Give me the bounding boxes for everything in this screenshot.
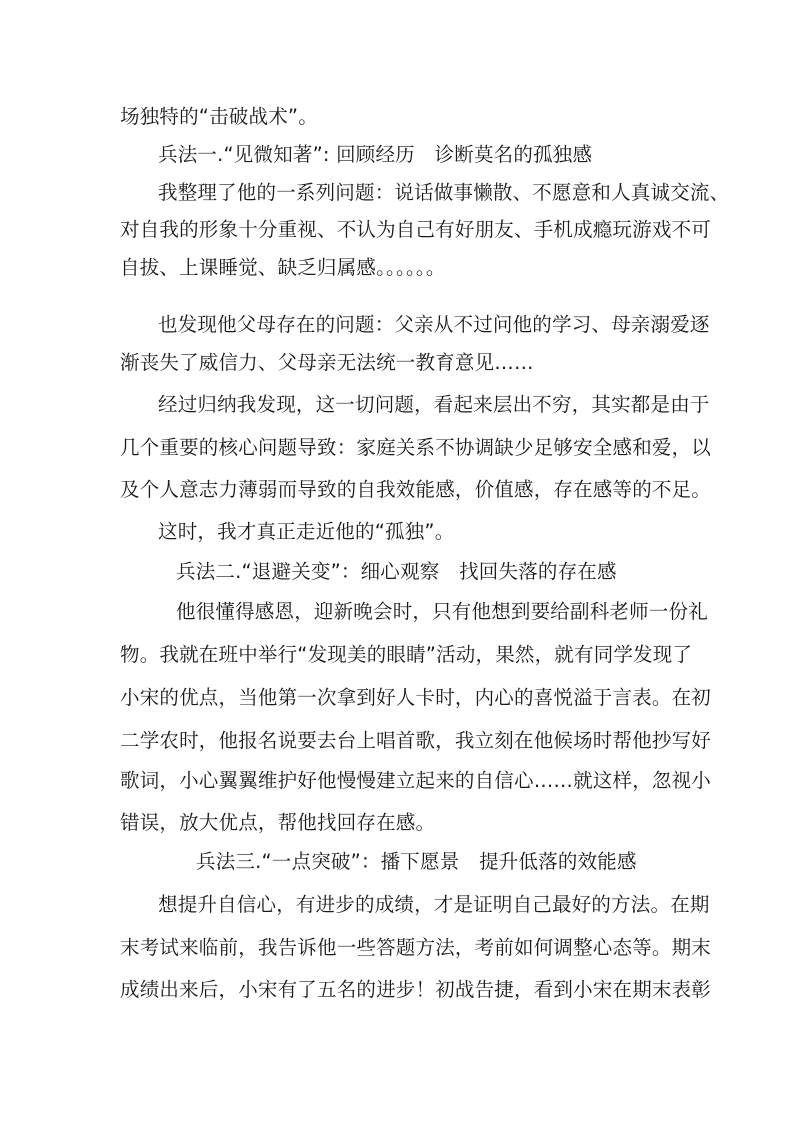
text-line-11: 这时，我才真正走近他的“孤独”。 [158,520,454,544]
text-line-4: 对自我的形象十分重视、不认为自己有好朋友、手机成瘾玩游戏不可 [120,218,711,242]
text-line-10: 及个人意志力薄弱而导致的自我效能感，价值感，存在感等的不足。 [120,478,711,502]
text-line-5: 自拔、上课睡觉、缺乏归属感。。。。。。 [120,256,446,280]
text-line-17: 歌词，小心翼翼维护好他慢慢建立起来的自信心……就这样，忽视小 [120,769,711,793]
text-line-22: 成绩出来后，小宋有了五名的进步！初战告捷，看到小宋在期末表彰 [120,978,711,1002]
text-line-20: 想提升自信心，有进步的成绩，才是证明自己最好的方法。在期 [158,893,710,917]
text-line-1: 场独特的“击破战术”。 [120,105,318,129]
text-line-21: 末考试来临前，我告诉他一些答题方法，考前如何调整心态等。期末 [120,936,711,960]
section-heading-1: 兵法一.“见微知著”: 回顾经历 诊断莫名的孤独感 [158,143,592,167]
section-heading-3: 兵法三.“一点突破”：播下愿景 提升低落的效能感 [196,850,637,874]
text-line-16: 二学农时，他报名说要去台上唱首歌，我立刻在他候场时帮他抄写好 [120,729,711,753]
text-line-14: 物。我就在班中举行“发现美的眼睛”活动，果然，就有同学发现了 [120,643,692,667]
text-line-15: 小宋的优点，当他第一次拿到好人卡时，内心的喜悦溢于言表。在初 [120,686,711,710]
text-line-3: 我整理了他的一系列问题：说话做事懒散、不愿意和人真诚交流、 [158,181,729,205]
text-line-8: 经过归纳我发现，这一切问题，看起来层出不穷，其实都是由于 [158,393,710,417]
text-line-13: 他很懂得感恩，迎新晚会时，只有他想到要给副科老师一份礼 [176,600,708,624]
text-line-7: 渐丧失了威信力、父母亲无法统一教育意见…… [120,351,534,375]
section-heading-2: 兵法二.“退避关变”：细心观察 找回失落的存在感 [176,560,617,584]
text-line-6: 也发现他父母存在的问题：父亲从不过问他的学习、母亲溺爱逐 [158,313,710,337]
text-line-18: 错误，放大优点，帮他找回存在感。 [120,811,435,835]
text-line-9: 几个重要的核心问题导致：家庭关系不协调缺少足够安全感和爱，以 [120,436,711,460]
document-page: 场独特的“击破战术”。 兵法一.“见微知著”: 回顾经历 诊断莫名的孤独感 我整… [0,0,793,1122]
